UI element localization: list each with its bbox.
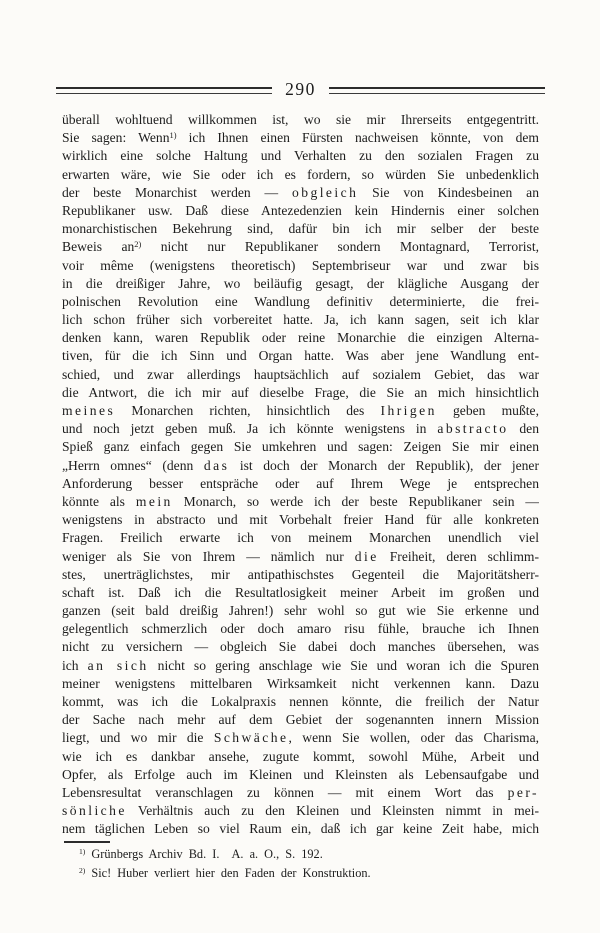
text-segment: der beste Monarchist werden —: [62, 185, 292, 200]
text-segment: Ihrigen: [380, 403, 436, 418]
footnote-separator: [64, 841, 110, 843]
text-segment: voir même (wenigstens theoretisch) Septe…: [62, 258, 539, 273]
text-line: der Sache nach mehr auf dem Gebiet der s…: [62, 711, 539, 729]
text-line: Opfer, als Erfolge auch im Kleinen und K…: [62, 766, 539, 784]
text-line: denken kann, waren Republik oder reine M…: [62, 329, 539, 347]
text-line: weniger als Sie von Ihrem — nämlich nur …: [62, 548, 539, 566]
footnotes: 1) Grünbergs Archiv Bd. I. A. a. O., S. …: [62, 841, 539, 883]
body-text: überall wohltuend willkommen ist, wo sie…: [62, 111, 539, 839]
text-segment: sönliche: [62, 803, 127, 818]
text-line: voir même (wenigstens theoretisch) Septe…: [62, 257, 539, 275]
text-segment: per-: [508, 785, 539, 800]
text-line: nem täglichen Leben so viel Raum ein, da…: [62, 820, 539, 838]
text-segment: Verhältnis auch zu den Kleinen und Klein…: [127, 803, 539, 818]
text-segment: ist doch der Monarch der Republik), der …: [229, 458, 539, 473]
text-line: überall wohltuend willkommen ist, wo sie…: [62, 111, 539, 129]
text-segment: stes, unerträglichstes, mir antipathisch…: [62, 567, 539, 582]
text-segment: tiven, für die ich Sinn und Organ hatte.…: [62, 348, 539, 363]
text-segment: polnischen Revolution eine Wandlung defi…: [62, 294, 539, 309]
text-segment: an sich: [88, 658, 149, 673]
text-segment: kommt, was ich die Lokalpraxis nennen kö…: [62, 694, 539, 709]
text-segment: ich: [62, 658, 88, 673]
book-page: 290 überall wohltuend willkommen ist, wo…: [0, 0, 600, 933]
text-line: meines Monarchen richten, hinsichtlich d…: [62, 402, 539, 420]
text-segment: Beweis an: [62, 239, 134, 254]
text-segment: schied, und zwar allerdings hauptsächlic…: [62, 367, 539, 382]
text-line: lich schon früher sich vorbereitet hatte…: [62, 311, 539, 329]
text-segment: Sie sagen: Wenn: [62, 130, 170, 145]
text-segment: Monarch, so werde ich der beste Republik…: [173, 494, 539, 509]
text-line: stes, unerträglichstes, mir antipathisch…: [62, 566, 539, 584]
text-line: Fragen. Freilich erwarte ich von meinem …: [62, 529, 539, 547]
text-line: kommt, was ich die Lokalpraxis nennen kö…: [62, 693, 539, 711]
footnote-line: 1) Grünbergs Archiv Bd. I. A. a. O., S. …: [62, 845, 539, 864]
text-line: Spieß ganz einfach gegen Sie umkehren un…: [62, 438, 539, 456]
text-segment: Sic! Huber verliert hier den Faden der K…: [85, 866, 370, 880]
text-line: Lebensresultat veranschlagen zu können —…: [62, 784, 539, 802]
text-line: gelegentlich schmerzlich oder doch amaro…: [62, 620, 539, 638]
text-line: wirklich eine solche Haltung und Verhalt…: [62, 147, 539, 165]
text-segment: wirklich eine solche Haltung und Verhalt…: [62, 148, 539, 163]
text-segment: in die dreißiger Jahre, wo beiläufig ges…: [62, 276, 539, 291]
text-segment: überall wohltuend willkommen ist, wo sie…: [62, 112, 539, 127]
text-line: der beste Monarchist werden — obgleich S…: [62, 184, 539, 202]
text-segment: liegt, und wo mir die: [62, 730, 214, 745]
text-segment: obgleich: [292, 185, 358, 200]
text-line: liegt, und wo mir die Schwäche, wenn Sie…: [62, 729, 539, 747]
text-segment: Grünbergs Archiv Bd. I. A. a. O., S. 192…: [85, 847, 322, 861]
text-segment: wenigstens in abstracto und mit Vorbehal…: [62, 512, 539, 527]
header-rule-left: [56, 87, 272, 94]
text-segment: Schwäche: [214, 730, 289, 745]
text-segment: Lebensresultat veranschlagen zu können —…: [62, 785, 508, 800]
footnotes-list: 1) Grünbergs Archiv Bd. I. A. a. O., S. …: [62, 845, 539, 883]
text-line: polnischen Revolution eine Wandlung defi…: [62, 293, 539, 311]
text-line: Anforderung besser entspräche oder auf I…: [62, 475, 539, 493]
page-header: 290: [56, 80, 545, 101]
text-segment: Freiheit, deren schlimm-: [379, 549, 539, 564]
text-segment: Republikaner usw. Daß diese Antezedenzie…: [62, 203, 539, 218]
text-line: Sie sagen: Wenn1) ich Ihnen einen Fürste…: [62, 129, 539, 147]
text-segment: gelegentlich schmerzlich oder doch amaro…: [62, 621, 539, 636]
text-line: nicht zu versichern — obgleich Sie dabei…: [62, 638, 539, 656]
text-segment: , wenn Sie wollen, oder das Charisma,: [289, 730, 539, 745]
text-line: schied, und zwar allerdings hauptsächlic…: [62, 366, 539, 384]
text-segment: den: [508, 421, 539, 436]
footnote-mark: 1): [170, 130, 177, 140]
text-segment: Opfer, als Erfolge auch im Kleinen und K…: [62, 767, 539, 782]
text-segment: Sie von Kindesbeinen an: [358, 185, 539, 200]
text-segment: ich Ihnen einen Fürsten nachweisen könnt…: [177, 130, 539, 145]
text-segment: und noch jetzt geben muß. Ja ich könnte …: [62, 421, 437, 436]
text-segment: ganzen (seit bald dreißig Jahren!) sehr …: [62, 603, 539, 618]
text-segment: mein: [136, 494, 173, 509]
text-line: Republikaner usw. Daß diese Antezedenzie…: [62, 202, 539, 220]
text-line: meiner wenigstens mittelbaren Wirksamkei…: [62, 675, 539, 693]
text-segment: Monarchen richten, hinsichtlich des: [115, 403, 380, 418]
text-segment: lich schon früher sich vorbereitet hatte…: [62, 312, 539, 327]
text-segment: nem täglichen Leben so viel Raum ein, da…: [62, 821, 539, 836]
text-segment: Anforderung besser entspräche oder auf I…: [62, 476, 539, 491]
text-segment: der Sache nach mehr auf dem Gebiet der s…: [62, 712, 539, 727]
text-line: schaft ist. Daß ich die Resultatlosigkei…: [62, 584, 539, 602]
page-number: 290: [272, 79, 329, 100]
text-line: erwarten wäre, wie Sie oder ich es forde…: [62, 166, 539, 184]
text-segment: „Herrn omnes“ (denn: [62, 458, 204, 473]
footnote-line: 2) Sic! Huber verliert hier den Faden de…: [62, 864, 539, 883]
text-line: ich an sich nicht so gering anschlage wi…: [62, 657, 539, 675]
text-segment: die Antwort, die ich mir auf dieselbe Fr…: [62, 385, 539, 400]
text-segment: monarchistischen Bekehrung sind, dafür b…: [62, 221, 539, 236]
text-line: könnte als mein Monarch, so werde ich de…: [62, 493, 539, 511]
text-segment: geben mußte,: [437, 403, 539, 418]
text-segment: wie ich es dankbar ansehe, zugute kommt,…: [62, 749, 539, 764]
text-line: monarchistischen Bekehrung sind, dafür b…: [62, 220, 539, 238]
text-segment: nicht so gering anschlage wie Sie und wo…: [149, 658, 539, 673]
text-segment: meiner wenigstens mittelbaren Wirksamkei…: [62, 676, 539, 691]
text-segment: weniger als Sie von Ihrem — nämlich nur: [62, 549, 355, 564]
text-segment: Fragen. Freilich erwarte ich von meinem …: [62, 530, 539, 545]
text-line: und noch jetzt geben muß. Ja ich könnte …: [62, 420, 539, 438]
text-segment: abstracto: [437, 421, 508, 436]
text-line: die Antwort, die ich mir auf dieselbe Fr…: [62, 384, 539, 402]
text-line: in die dreißiger Jahre, wo beiläufig ges…: [62, 275, 539, 293]
text-segment: könnte als: [62, 494, 136, 509]
text-segment: nicht nur Republikaner sondern Montagnar…: [141, 239, 539, 254]
text-segment: das: [204, 458, 229, 473]
text-segment: nicht zu versichern — obgleich Sie dabei…: [62, 639, 539, 654]
text-segment: schaft ist. Daß ich die Resultatlosigkei…: [62, 585, 539, 600]
text-segment: erwarten wäre, wie Sie oder ich es forde…: [62, 167, 539, 182]
text-segment: Spieß ganz einfach gegen Sie umkehren un…: [62, 439, 539, 454]
text-line: „Herrn omnes“ (denn das ist doch der Mon…: [62, 457, 539, 475]
text-segment: die: [355, 549, 379, 564]
text-line: ganzen (seit bald dreißig Jahren!) sehr …: [62, 602, 539, 620]
text-line: sönliche Verhältnis auch zu den Kleinen …: [62, 802, 539, 820]
text-segment: denken kann, waren Republik oder reine M…: [62, 330, 539, 345]
text-line: tiven, für die ich Sinn und Organ hatte.…: [62, 347, 539, 365]
text-line: wenigstens in abstracto und mit Vorbehal…: [62, 511, 539, 529]
text-line: Beweis an2) nicht nur Republikaner sonde…: [62, 238, 539, 256]
header-rule-right: [329, 87, 545, 94]
text-line: wie ich es dankbar ansehe, zugute kommt,…: [62, 748, 539, 766]
text-segment: meines: [62, 403, 115, 418]
